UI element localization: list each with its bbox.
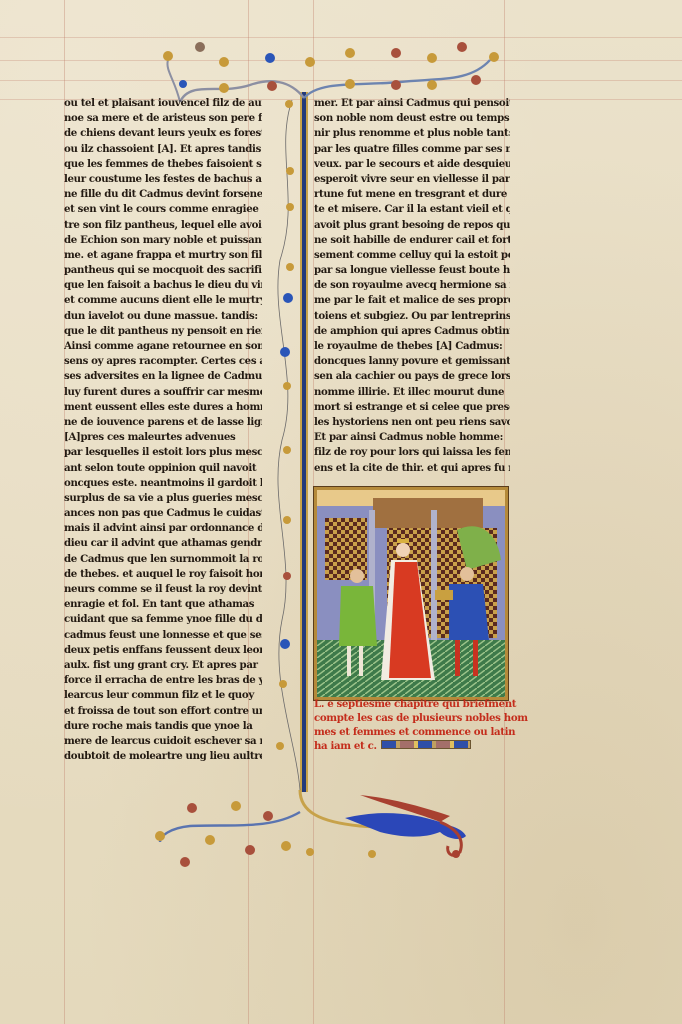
text-line: deux petis enffans feussent deux leonce [64, 643, 262, 658]
text-line: filz de roy pour lors qui laissa les fen… [314, 445, 510, 460]
text-line: Et par ainsi Cadmus noble homme: [314, 430, 510, 445]
text-line: ou tel et plaisant iouvencel filz de aut… [64, 96, 262, 111]
text-line: doubtoit de moleartre ung lieu aultre: [64, 749, 262, 764]
text-line: leur coustume les festes de bachus aga [64, 172, 262, 187]
text-line: de Echion son mary noble et puissant ho [64, 233, 262, 248]
rubric-line-text: ha iam et c. [314, 740, 377, 752]
text-line: mer. Et par ainsi Cadmus qui pensoit que [314, 96, 510, 111]
text-line: mort si estrange et si celee que presque… [314, 400, 510, 415]
text-line: et froissa de tout son effort contre une… [64, 704, 262, 719]
text-line: toiens et subgiez. Ou par lentreprinse [314, 309, 510, 324]
text-line: mere de learcus cuidoit eschever sa mort [64, 734, 262, 749]
text-line: ses adversites en la lignee de Cadmus [64, 369, 262, 384]
chapter-rubric: L. e septiesme chapitre qui briefment co… [314, 697, 514, 753]
text-line: de Cadmus que len surnommoit la roy [64, 552, 262, 567]
line-filler-ornament [381, 740, 471, 749]
text-line: ens et la cite de thir. et qui apres fu … [314, 461, 510, 476]
ruling-line [0, 80, 682, 81]
text-line: doncques lanny povure et gemissant [314, 354, 510, 369]
text-line: dure roche mais tandis que ynoe la [64, 719, 262, 734]
text-line: [A]pres ces maleurtes advenues [64, 430, 262, 445]
text-line: cuidant que sa femme ynoe fille du dit [64, 612, 262, 627]
text-line: ne soit habille de endurer cail et fortu… [314, 233, 510, 248]
text-line: de thebes. et auquel le roy faisoit hon [64, 567, 262, 582]
text-line: ou ilz chassoient [A]. Et apres tandis [64, 142, 262, 157]
text-line: les hystoriens nen ont peu riens savoir [314, 415, 510, 430]
text-line: oncques este. neantmoins il gardoit le [64, 476, 262, 491]
text-line: par sa longue viellesse feust boute hors [314, 263, 510, 278]
text-line: aulx. fist ung grant cry. Et apres par [64, 658, 262, 673]
text-line: dieu car il advint que athamas gendre [64, 536, 262, 551]
text-line: de son royaulme avecq hermione sa fem [314, 278, 510, 293]
text-line: ne de iouvence parens et de lasse lignee… [64, 415, 262, 430]
text-line: sens oy apres racompter. Certes ces ad [64, 354, 262, 369]
text-line: ment eussent elles este dures a homme [64, 400, 262, 415]
text-line: et sen vint le cours comme enragiee con [64, 202, 262, 217]
text-line: ances non pas que Cadmus le cuidast [64, 506, 262, 521]
text-column-right: mer. Et par ainsi Cadmus qui pensoit que… [314, 96, 510, 476]
text-line: que len faisoit a bachus le dieu du vin [64, 278, 262, 293]
text-line: avoit plus grant besoing de repos que il [314, 218, 510, 233]
miniature-painting [314, 487, 508, 700]
text-line: pantheus qui se mocquoit des sacrifices [64, 263, 262, 278]
rubric-line: ha iam et c. [314, 739, 514, 753]
text-line: surplus de sa vie a plus gueries mesche [64, 491, 262, 506]
text-line: ant selon toute oppinion quil navoit [64, 461, 262, 476]
text-line: Ainsi comme agane retournee en son [64, 339, 262, 354]
text-line: par les quatre filles comme par ses nep [314, 142, 510, 157]
text-line: neurs comme se il feust la roy devint [64, 582, 262, 597]
text-line: que les femmes de thebes faisoient selon [64, 157, 262, 172]
text-line: cadmus feust une lonnesse et que ses [64, 628, 262, 643]
text-line: dun iavelot ou dune massue. tandis: [64, 309, 262, 324]
text-line: force il erracha de entre les bras de yn… [64, 673, 262, 688]
text-line: luy furent dures a souffrir car mesme [64, 385, 262, 400]
rubric-line: mes et femmes et commence ou latin [314, 725, 514, 739]
text-line: que le dit pantheus ny pensoit en riens [64, 324, 262, 339]
text-line: me. et agane frappa et murtry son filz: [64, 248, 262, 263]
text-line: tre son filz pantheus, lequel elle avoit… [64, 218, 262, 233]
miniature-scene [317, 490, 505, 697]
text-line: te et misere. Car il la estant vieil et … [314, 202, 510, 217]
text-line: esperoit vivre seur en viellesse il par … [314, 172, 510, 187]
text-line: learcus leur commun filz et le quoy [64, 688, 262, 703]
text-line: sen ala cachier ou pays de grece lors su… [314, 369, 510, 384]
text-line: me par le fait et malice de ses propres … [314, 293, 510, 308]
text-line: ne fille du dit Cadmus devint forsenee [64, 187, 262, 202]
text-line: rtune fut mene en tresgrant et dure povr… [314, 187, 510, 202]
text-line: enragie et fol. En tant que athamas [64, 597, 262, 612]
text-line: de chiens devant leurs yeulx es forestz: [64, 126, 262, 141]
text-line: nir plus renomme et plus noble tant: [314, 126, 510, 141]
text-column-left: ou tel et plaisant iouvencel filz de aut… [64, 96, 262, 764]
text-line: de amphion qui apres Cadmus obtint [314, 324, 510, 339]
text-line: et comme aucuns dient elle le murtry [64, 293, 262, 308]
text-line: nomme illirie. Et illec mourut dune [314, 385, 510, 400]
text-line: son noble nom deust estre ou temps adve [314, 111, 510, 126]
text-line: le royaulme de thebes [A] Cadmus: [314, 339, 510, 354]
ruling-line [0, 60, 682, 61]
text-line: noe sa mere et de aristeus son pere fut … [64, 111, 262, 126]
ruling-line [0, 37, 682, 38]
text-line: veux. par le secours et aide desquieulx … [314, 157, 510, 172]
text-line: mais il advint ainsi par ordonnance de [64, 521, 262, 536]
text-line: sement comme celluy qui la estoit pesant [314, 248, 510, 263]
text-line: par lesquelles il estoit lors plus mesch [64, 445, 262, 460]
rubric-line: L. e septiesme chapitre qui briefment [314, 697, 514, 711]
rubric-line: compte les cas de plusieurs nobles hom [314, 711, 514, 725]
